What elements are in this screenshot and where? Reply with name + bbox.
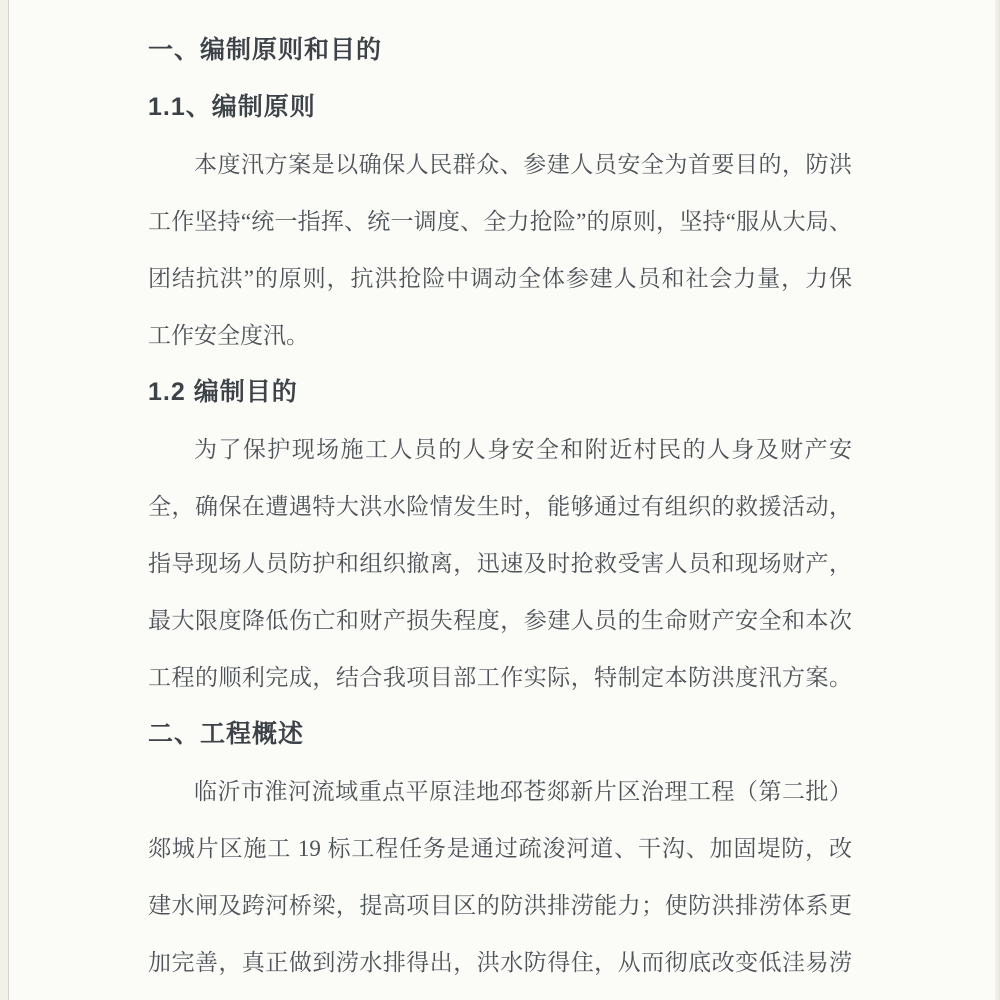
- scanned-document-page: 一、编制原则和目的 1.1、编制原则 本度汛方案是以确保人民群众、参建人员安全为…: [0, 0, 1000, 1000]
- paper-right-edge: [995, 0, 1000, 1000]
- document-body: 一、编制原则和目的 1.1、编制原则 本度汛方案是以确保人民群众、参建人员安全为…: [148, 22, 852, 991]
- paragraph-line: 为了保护现场施工人员的人身安全和附近村民的人身及财产安: [148, 421, 852, 478]
- paragraph-line: 指导现场人员防护和组织撤离，迅速及时抢救受害人员和现场财产，: [148, 535, 852, 592]
- paragraph-line: 工程的顺利完成，结合我项目部工作实际，特制定本防洪度汛方案。: [148, 649, 852, 706]
- paragraph-line: 工作坚持“统一指挥、统一调度、全力抢险”的原则，坚持“服从大局、: [148, 193, 852, 250]
- paragraph-line: 临沂市淮河流域重点平原洼地邳苍郯新片区治理工程（第二批）: [148, 763, 852, 820]
- paragraph-line: 建水闸及跨河桥梁，提高项目区的防洪排涝能力；使防洪排涝体系更: [148, 877, 852, 934]
- paragraph-line: 本度汛方案是以确保人民群众、参建人员安全为首要目的，防洪: [148, 136, 852, 193]
- paragraph-line: 团结抗洪”的原则，抗洪抢险中调动全体参建人员和社会力量，力保: [148, 250, 852, 307]
- section-heading-2: 二、工程概述: [148, 706, 852, 763]
- subsection-heading-1-2: 1.2 编制目的: [148, 364, 852, 421]
- paragraph-line: 郯城片区施工 19 标工程任务是通过疏浚河道、干沟、加固堤防，改: [148, 820, 852, 877]
- paragraph-line: 最大限度降低伤亡和财产损失程度，参建人员的生命财产安全和本次: [148, 592, 852, 649]
- paragraph-line: 工作安全度汛。: [148, 307, 852, 364]
- paper-left-edge: [0, 0, 9, 1000]
- paragraph-line: 全，确保在遭遇特大洪水险情发生时，能够通过有组织的救援活动，: [148, 478, 852, 535]
- paragraph-line: 加完善，真正做到涝水排得出，洪水防得住，从而彻底改变低洼易涝: [148, 934, 852, 991]
- subsection-heading-1-1: 1.1、编制原则: [148, 79, 852, 136]
- section-heading-1: 一、编制原则和目的: [148, 22, 852, 79]
